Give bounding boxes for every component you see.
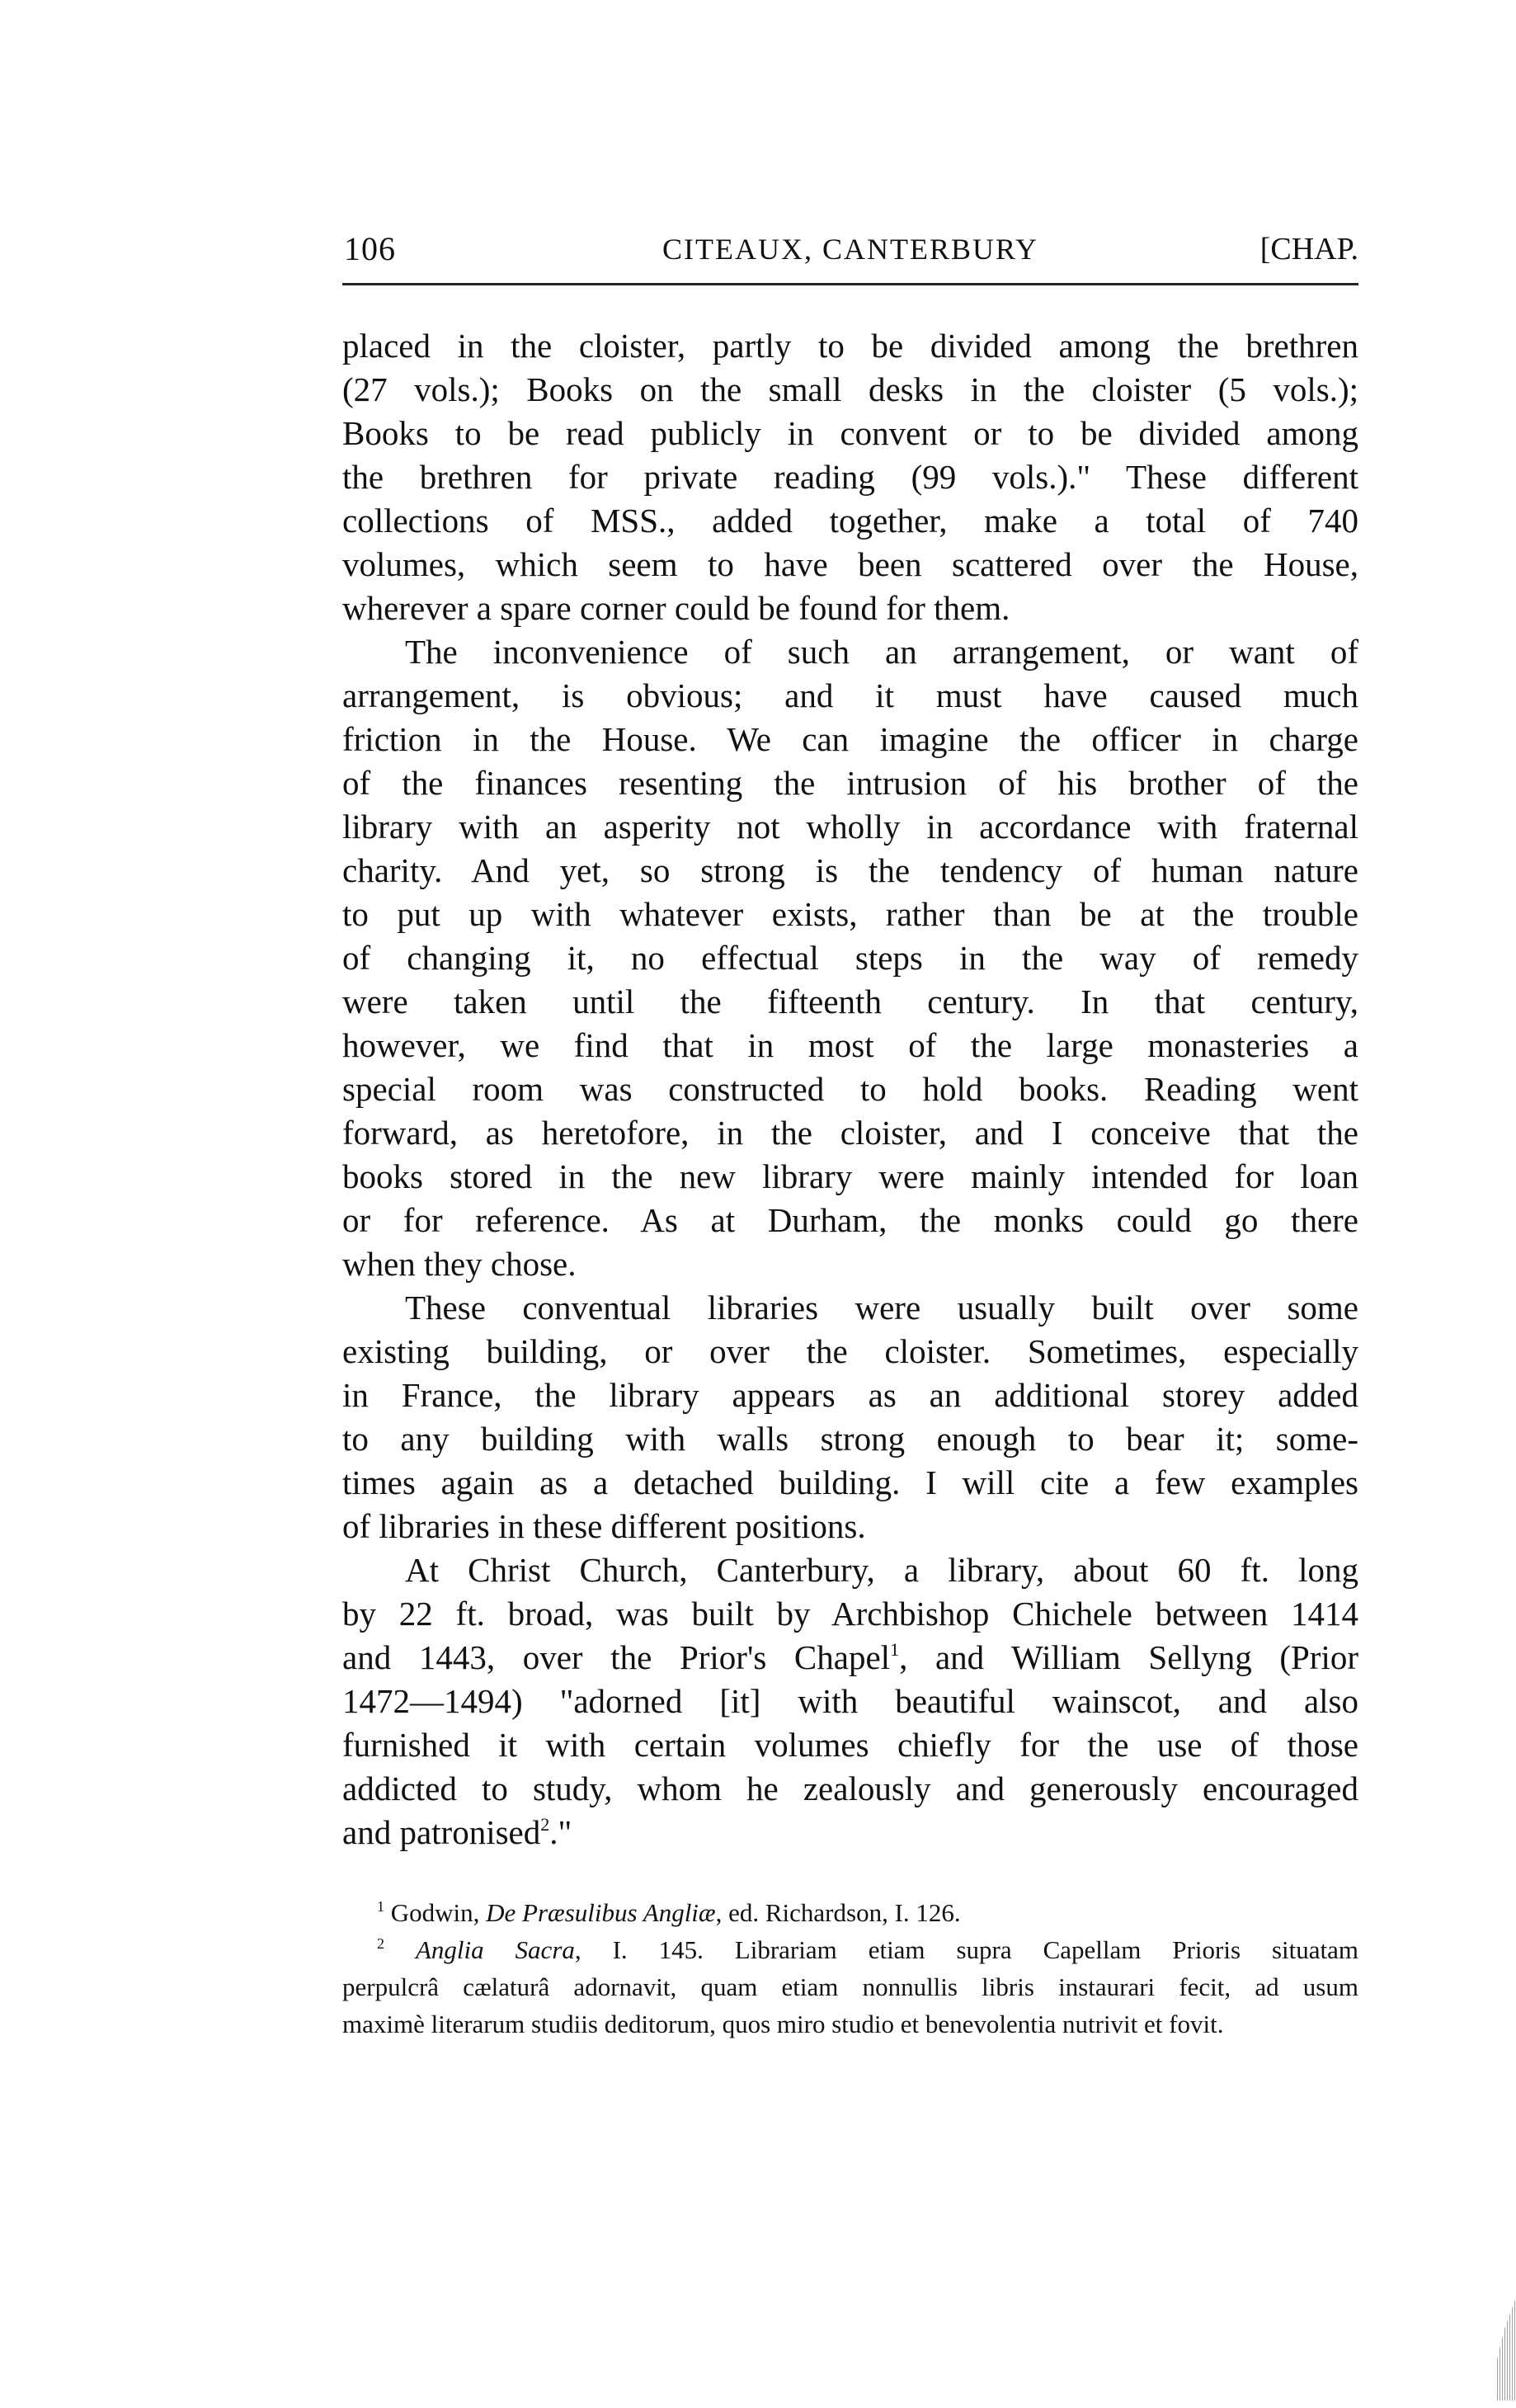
text-line: times again as a detached building. I wi… bbox=[342, 1461, 1358, 1505]
text-line: of libraries in these different position… bbox=[342, 1505, 1358, 1548]
paragraph-3: These conventual libraries were usually … bbox=[342, 1286, 1358, 1548]
footnote-title: De Præsulibus Angliæ bbox=[486, 1898, 715, 1927]
text-line: and 1443, over the Prior's Chapel1, and … bbox=[342, 1636, 1358, 1680]
text-line: collections of MSS., added together, mak… bbox=[342, 499, 1358, 543]
footnote-1: 1 Godwin, De Præsulibus Angliæ, ed. Rich… bbox=[342, 1894, 1358, 1931]
footnote-marker: 2 bbox=[377, 1935, 384, 1952]
text-line: volumes, which seem to have been scatter… bbox=[342, 543, 1358, 587]
text-line: to put up with whatever exists, rather t… bbox=[342, 893, 1358, 936]
text-line: (27 vols.); Books on the small desks in … bbox=[342, 368, 1358, 412]
chapter-marker: [CHAP. bbox=[1260, 224, 1358, 274]
text-segment: and 1443, over the Prior's Chapel bbox=[342, 1638, 890, 1676]
text-segment: and patronised bbox=[342, 1813, 540, 1851]
running-title: CITEAUX, CANTERBURY bbox=[342, 224, 1358, 274]
footnote-ref-2[interactable]: 2 bbox=[540, 1814, 549, 1835]
text-line: to any building with walls strong enough… bbox=[342, 1417, 1358, 1461]
text-line: At Christ Church, Canterbury, a library,… bbox=[342, 1548, 1358, 1592]
text-segment: ." bbox=[549, 1813, 572, 1851]
footnote-line: perpulcrâ cælaturâ adornavit, quam etiam… bbox=[342, 1968, 1358, 2005]
text-line: 1472—1494) "adorned [it] with beautiful … bbox=[342, 1680, 1358, 1723]
text-line: were taken until the fifteenth century. … bbox=[342, 980, 1358, 1024]
text-line: These conventual libraries were usually … bbox=[342, 1286, 1358, 1330]
text-line: friction in the House. We can imagine th… bbox=[342, 718, 1358, 761]
text-line: furnished it with certain volumes chiefl… bbox=[342, 1723, 1358, 1767]
text-line: and patronised2." bbox=[342, 1811, 1358, 1854]
header-rule bbox=[342, 283, 1358, 285]
text-line: or for reference. As at Durham, the monk… bbox=[342, 1199, 1358, 1242]
text-line: arrangement, is obvious; and it must hav… bbox=[342, 674, 1358, 718]
text-line: forward, as heretofore, in the cloister,… bbox=[342, 1111, 1358, 1155]
footnote-text: Godwin, bbox=[391, 1898, 486, 1927]
footnote-text: , I. 145. Librariam etiam supra Capellam… bbox=[575, 1935, 1358, 1964]
text-line: The inconvenience of such an arrangement… bbox=[342, 630, 1358, 674]
text-line: when they chose. bbox=[342, 1242, 1358, 1286]
scan-edge-artifact bbox=[1497, 2297, 1516, 2401]
text-line: the brethren for private reading (99 vol… bbox=[342, 455, 1358, 499]
text-line: books stored in the new library were mai… bbox=[342, 1155, 1358, 1199]
paragraph-4: At Christ Church, Canterbury, a library,… bbox=[342, 1548, 1358, 1854]
footnote-title: Anglia Sacra bbox=[416, 1935, 575, 1964]
text-line: of the finances resenting the intrusion … bbox=[342, 761, 1358, 805]
footnote-line: 2 Anglia Sacra, I. 145. Librariam etiam … bbox=[342, 1931, 1358, 1968]
text-line: however, we find that in most of the lar… bbox=[342, 1024, 1358, 1067]
text-line: library with an asperity not wholly in a… bbox=[342, 805, 1358, 849]
body-text: placed in the cloister, partly to be div… bbox=[342, 324, 1358, 1854]
running-head: 106 CITEAUX, CANTERBURY [CHAP. bbox=[342, 224, 1358, 274]
paragraph-1: placed in the cloister, partly to be div… bbox=[342, 324, 1358, 630]
footnotes: 1 Godwin, De Præsulibus Angliæ, ed. Rich… bbox=[342, 1894, 1358, 2043]
footnote-marker: 1 bbox=[377, 1898, 384, 1915]
text-line: wherever a spare corner could be found f… bbox=[342, 587, 1358, 630]
footnote-text: , ed. Richardson, I. 126. bbox=[716, 1898, 961, 1927]
text-line: existing building, or over the cloister.… bbox=[342, 1330, 1358, 1374]
footnote-line: 1 Godwin, De Præsulibus Angliæ, ed. Rich… bbox=[342, 1894, 1358, 1931]
footnote-line: maximè literarum studiis deditorum, quos… bbox=[342, 2005, 1358, 2043]
text-segment: , and William Sellyng (Prior bbox=[899, 1638, 1358, 1676]
footnote-2: 2 Anglia Sacra, I. 145. Librariam etiam … bbox=[342, 1931, 1358, 2043]
text-line: charity. And yet, so strong is the tende… bbox=[342, 849, 1358, 893]
text-line: Books to be read publicly in convent or … bbox=[342, 412, 1358, 455]
text-line: of changing it, no effectual steps in th… bbox=[342, 936, 1358, 980]
text-line: special room was constructed to hold boo… bbox=[342, 1067, 1358, 1111]
text-line: addicted to study, whom he zealously and… bbox=[342, 1767, 1358, 1811]
text-line: in France, the library appears as an add… bbox=[342, 1374, 1358, 1417]
footnote-ref-1[interactable]: 1 bbox=[890, 1639, 899, 1660]
text-line: placed in the cloister, partly to be div… bbox=[342, 324, 1358, 368]
text-line: by 22 ft. broad, was built by Archbishop… bbox=[342, 1592, 1358, 1636]
paragraph-2: The inconvenience of such an arrangement… bbox=[342, 630, 1358, 1286]
